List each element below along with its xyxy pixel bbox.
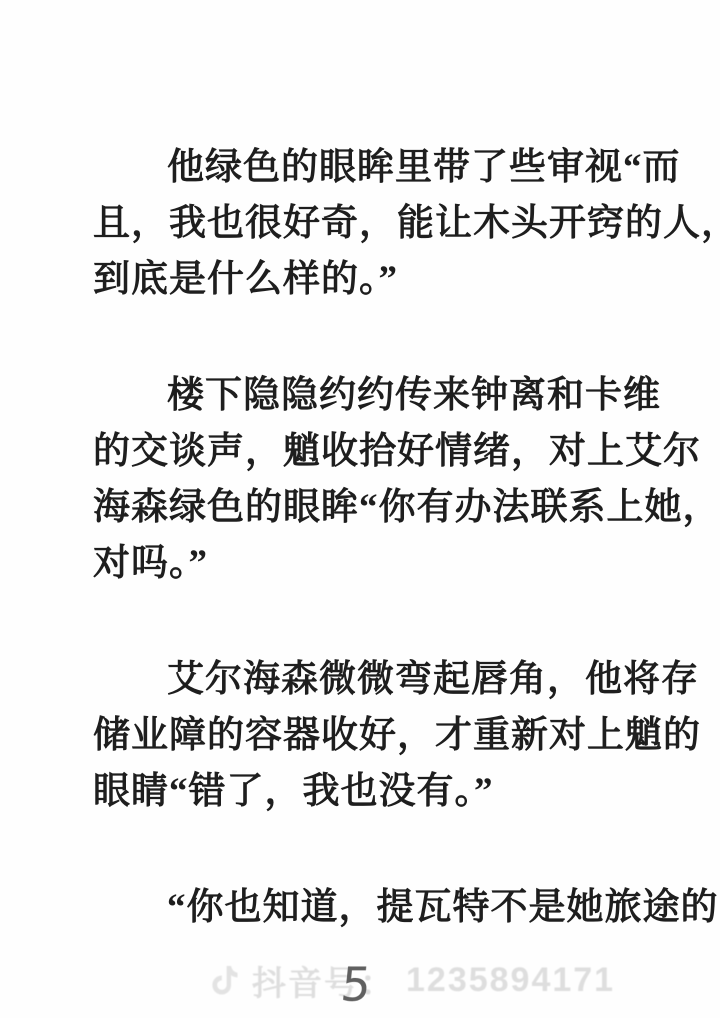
paragraph: “你也知道，提瓦特不是她旅途的: [93, 880, 653, 936]
paragraph: 楼下隐隐约约传来钟离和卡维 的交谈声，魈收拾好情绪，对上艾尔 海森绿色的眼眸“你…: [93, 368, 653, 592]
text-line: 的交谈声，魈收拾好情绪，对上艾尔: [93, 424, 653, 480]
text-line: 且，我也很好奇，能让木头开窍的人，: [93, 196, 653, 252]
text-line: 到底是什么样的。”: [93, 252, 653, 308]
text-line: 海森绿色的眼眸“你有办法联系上她，: [93, 480, 653, 536]
text-content: 他绿色的眼眸里带了些审视“而 且，我也很好奇，能让木头开窍的人， 到底是什么样的…: [93, 140, 653, 936]
paragraph: 他绿色的眼眸里带了些审视“而 且，我也很好奇，能让木头开窍的人， 到底是什么样的…: [93, 140, 653, 308]
text-line: 眼睛“错了，我也没有。”: [93, 764, 653, 820]
text-line: 楼下隐隐约约传来钟离和卡维: [93, 368, 653, 424]
text-line: 储业障的容器收好，才重新对上魈的: [93, 708, 653, 764]
watermark-label: 抖音号：: [252, 956, 396, 1005]
douyin-watermark: 抖音号：1235894171: [206, 956, 615, 1005]
text-line: 他绿色的眼眸里带了些审视“而: [93, 140, 653, 196]
text-line: “你也知道，提瓦特不是她旅途的: [93, 880, 653, 936]
page-number: 5: [339, 962, 374, 1009]
text-line: 对吗。”: [93, 536, 653, 592]
watermark-account: 1235894171: [406, 961, 615, 1000]
paragraph: 艾尔海森微微弯起唇角，他将存 储业障的容器收好，才重新对上魈的 眼睛“错了，我也…: [93, 652, 653, 820]
douyin-note-icon: [206, 960, 242, 1002]
text-line: 艾尔海森微微弯起唇角，他将存: [93, 652, 653, 708]
